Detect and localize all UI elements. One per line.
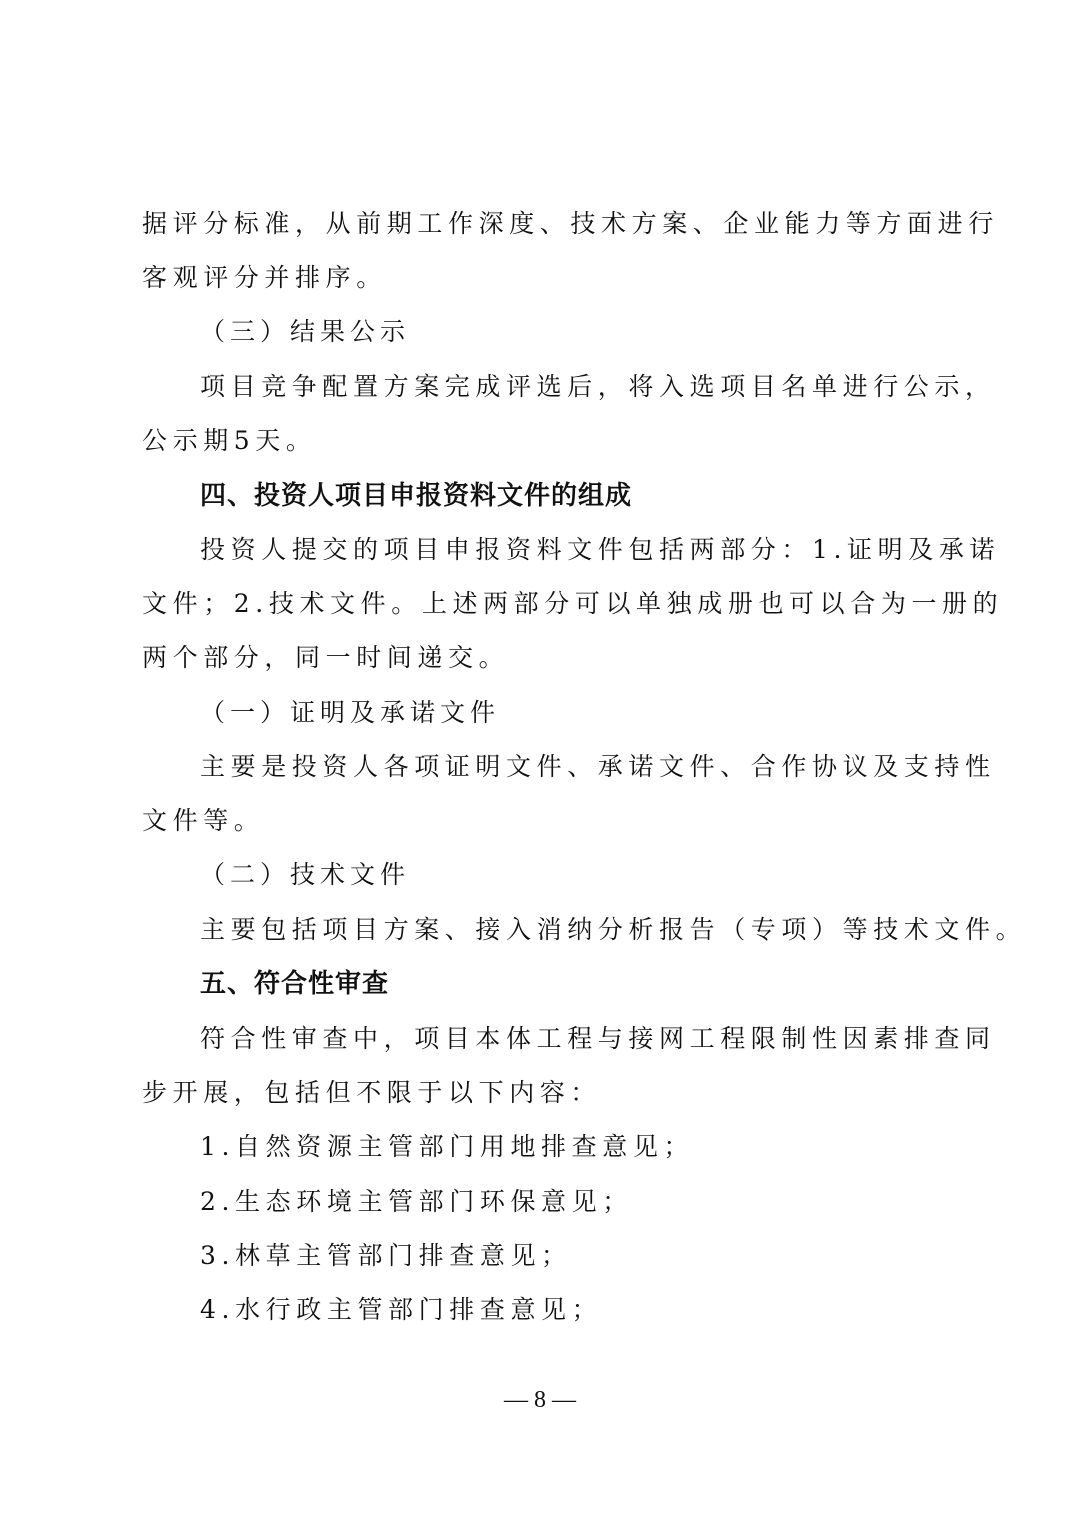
section-heading-five: 五、符合性审查 — [200, 969, 389, 999]
section-heading-four: 四、投资人项目申报资料文件的组成 — [200, 481, 632, 511]
subsection-heading-results-publicity: （三）结果公示 — [200, 317, 410, 347]
document-page: 据评分标准，从前期工作深度、技术方案、企业能力等方面进行 客观评分并排序。 （三… — [0, 0, 1080, 1526]
subsection-heading-technical-docs: （二）技术文件 — [200, 860, 410, 890]
list-item: 1.自然资源主管部门用地排查意见； — [200, 1132, 694, 1162]
paragraph-line: 项目竞争配置方案完成评选后，将入选项目名单进行公示， — [200, 372, 996, 402]
paragraph-line: 主要是投资人各项证明文件、承诺文件、合作协议及支持性 — [200, 752, 996, 782]
paragraph-line: 客观评分并排序。 — [142, 263, 387, 293]
list-item: 3.林草主管部门排查意见； — [200, 1241, 572, 1271]
paragraph-line: 投资人提交的项目申报资料文件包括两部分：1.证明及承诺 — [200, 535, 1000, 565]
paragraph-line: 文件；2.技术文件。上述两部分可以单独成册也可以合为一册的 — [142, 589, 1003, 619]
paragraph-line: 公示期5天。 — [142, 426, 317, 456]
paragraph-line: 文件等。 — [142, 806, 264, 836]
paragraph-line: 主要包括项目方案、接入消纳分析报告（专项）等技术文件。 — [200, 915, 1026, 945]
list-item: 4.水行政主管部门排查意见； — [200, 1295, 602, 1325]
paragraph-line: 两个部分，同一时间递交。 — [142, 643, 509, 673]
paragraph-line: 据评分标准，从前期工作深度、技术方案、企业能力等方面进行 — [142, 209, 999, 239]
paragraph-line: 符合性审查中，项目本体工程与接网工程限制性因素排查同 — [200, 1024, 996, 1054]
subsection-heading-certification-docs: （一）证明及承诺文件 — [200, 698, 500, 728]
list-item: 2.生态环境主管部门环保意见； — [200, 1187, 633, 1217]
page-number: — 8 — — [0, 1387, 1080, 1414]
paragraph-line: 步开展，包括但不限于以下内容： — [142, 1078, 601, 1108]
